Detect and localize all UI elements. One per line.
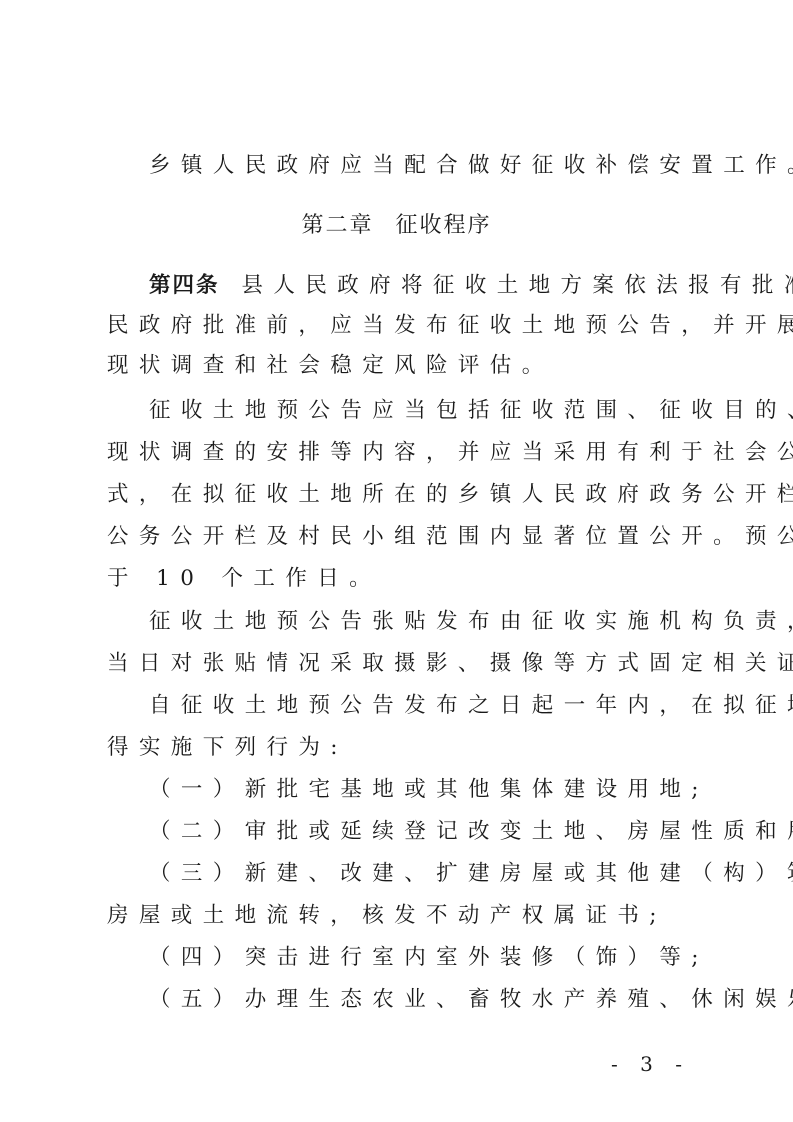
paragraph-line: 乡镇人民政府应当配合做好征收补偿安置工作。 xyxy=(107,150,729,182)
article-text: 县人民政府将征收土地方案依法报有批准权的人 xyxy=(242,273,793,298)
list-item: （五）办理生态农业、畜牧水产养殖、休闲娱乐等经营性 xyxy=(107,984,729,1016)
paragraph-line: 现状调查和社会稳定风险评估。 xyxy=(107,350,687,382)
paragraph-line: 得实施下列行为: xyxy=(107,732,687,764)
paragraph-line: 公务公开栏及村民小组范围内显著位置公开。预公告时间不少 xyxy=(107,521,687,553)
page-number: - 3 - xyxy=(610,1050,690,1078)
paragraph-line: 征收土地预公告张贴发布由征收实施机构负责，需于张贴 xyxy=(107,606,729,638)
paragraph-line: 民政府批准前，应当发布征收土地预公告，并开展拟征收土地 xyxy=(107,310,687,342)
paragraph-line: 自征收土地预公告发布之日起一年内，在拟征地范围内不 xyxy=(107,690,729,722)
paragraph-line: 当日对张贴情况采取摄影、摄像等方式固定相关证据。 xyxy=(107,648,687,680)
document-page: 乡镇人民政府应当配合做好征收补偿安置工作。 第二章征收程序 第四条县人民政府将征… xyxy=(0,0,793,1122)
list-item-continuation: 房屋或土地流转，核发不动产权属证书; xyxy=(107,900,687,932)
chapter-title: 征收程序 xyxy=(396,213,492,238)
list-item: （四）突击进行室内室外装修（饰）等; xyxy=(107,942,729,974)
chapter-number: 第二章 xyxy=(301,213,373,238)
list-item: （三）新建、改建、扩建房屋或其他建（构）筑物，办理 xyxy=(107,858,729,890)
chapter-heading: 第二章征收程序 xyxy=(0,210,793,242)
paragraph-line: 式，在拟征收土地所在的乡镇人民政府政务公开栏和村（社区） xyxy=(107,479,687,511)
paragraph-line: 于 10 个工作日。 xyxy=(107,563,687,595)
article-first-line: 第四条县人民政府将征收土地方案依法报有批准权的人 xyxy=(107,270,729,302)
list-item: （一）新批宅基地或其他集体建设用地; xyxy=(107,774,729,806)
paragraph-line: 征收土地预公告应当包括征收范围、征收目的、开展土地 xyxy=(107,395,729,427)
paragraph-line: 现状调查的安排等内容，并应当采用有利于社会公众知晓的方 xyxy=(107,437,687,469)
list-item: （二）审批或延续登记改变土地、房屋性质和用途; xyxy=(107,816,729,848)
article-label: 第四条 xyxy=(149,273,220,298)
